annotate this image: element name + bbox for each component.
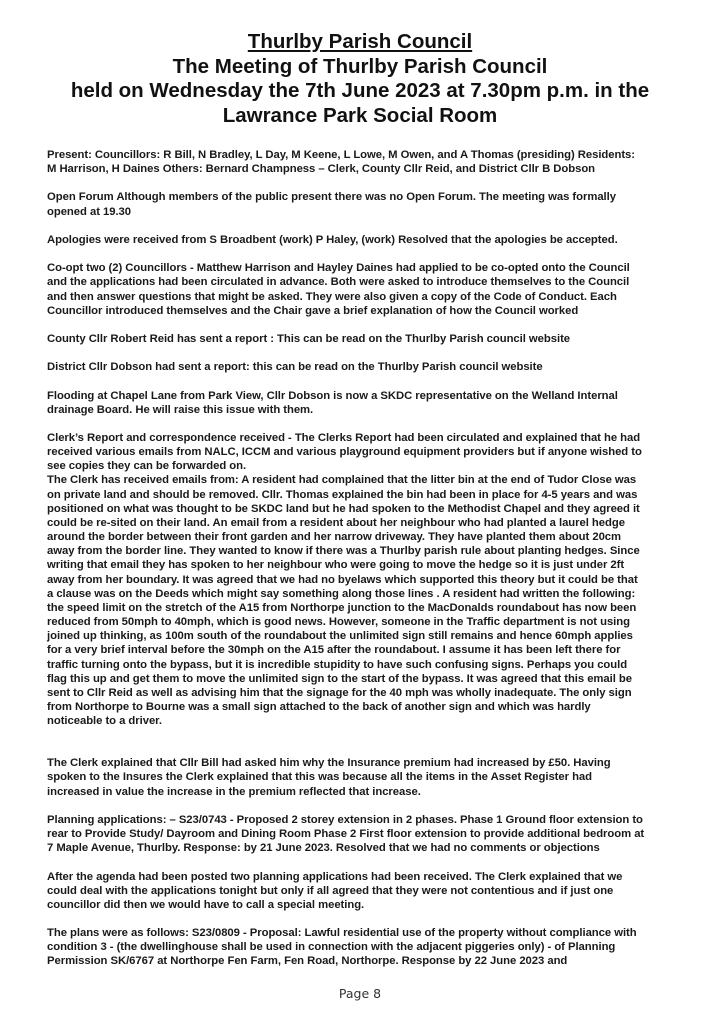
text-line: the speed limit on the stretch of the A1… bbox=[47, 601, 687, 615]
text-line: M Harrison, H Daines Others: Bernard Cha… bbox=[47, 162, 687, 176]
text-line: spoken to the Insures the Clerk explaine… bbox=[47, 770, 687, 784]
text-line: Co-opt two (2) Councillors - Matthew Har… bbox=[47, 261, 687, 275]
text-line: joined up thinking, as 100m south of the… bbox=[47, 629, 687, 643]
text-line: The plans were as follows: S23/0809 - Pr… bbox=[47, 926, 687, 940]
after-agenda-paragraph: After the agenda had been posted two pla… bbox=[47, 870, 687, 912]
meeting-title: The Meeting of Thurlby Parish Council bbox=[30, 55, 690, 80]
text-line: traffic turning onto the bypass, but it … bbox=[47, 658, 687, 672]
organisation-title: Thurlby Parish Council bbox=[30, 30, 690, 55]
text-line: positioned on what was thought to be SKD… bbox=[47, 502, 687, 516]
text-line: a clause was on the Deeds which might sa… bbox=[47, 587, 687, 601]
text-line: drainage Board. He will raise this issue… bbox=[47, 403, 687, 417]
text-line: for a very brief interval before the 30m… bbox=[47, 643, 687, 657]
text-line: Flooding at Chapel Lane from Park View, … bbox=[47, 389, 687, 403]
text-line: and the applications had been circulated… bbox=[47, 275, 687, 289]
text-line: Planning applications: – S23/0743 - Prop… bbox=[47, 813, 687, 827]
text-line: After the agenda had been posted two pla… bbox=[47, 870, 687, 884]
text-line: Permission SK/6767 at Northorpe Fen Farm… bbox=[47, 954, 687, 968]
insurance-paragraph: The Clerk explained that Cllr Bill had a… bbox=[47, 756, 687, 798]
county-report-paragraph: County Cllr Robert Reid has sent a repor… bbox=[47, 332, 687, 346]
planning-applications-paragraph: Planning applications: – S23/0743 - Prop… bbox=[47, 813, 687, 855]
text-line: on private land and should be removed. C… bbox=[47, 488, 687, 502]
text-line: Councillor introduced themselves and the… bbox=[47, 304, 687, 318]
text-line: around the border between their front ga… bbox=[47, 530, 687, 544]
apologies-paragraph: Apologies were received from S Broadbent… bbox=[47, 233, 687, 247]
page-number: Page 8 bbox=[0, 986, 720, 1001]
text-line: The Clerk explained that Cllr Bill had a… bbox=[47, 756, 687, 770]
open-forum-paragraph: Open Forum Although members of the publi… bbox=[47, 190, 687, 218]
document-page: Thurlby Parish Council The Meeting of Th… bbox=[0, 0, 720, 1024]
text-line: noticeable to a driver. bbox=[47, 714, 687, 728]
text-line: Present: Councillors: R Bill, N Bradley,… bbox=[47, 148, 687, 162]
text-line: condition 3 - (the dwellinghouse shall b… bbox=[47, 940, 687, 954]
text-line: Open Forum Although members of the publi… bbox=[47, 190, 687, 204]
text-line: Clerk’s Report and correspondence receiv… bbox=[47, 431, 687, 445]
text-line: councillor did then we would have to cal… bbox=[47, 898, 687, 912]
text-line: away from her boundary. It was agreed th… bbox=[47, 573, 687, 587]
text-line: see copies they can be forwarded on. bbox=[47, 459, 687, 473]
district-report-paragraph: District Cllr Dobson had sent a report: … bbox=[47, 360, 687, 374]
flooding-paragraph: Flooding at Chapel Lane from Park View, … bbox=[47, 389, 687, 417]
text-line: and then answer questions that might be … bbox=[47, 290, 687, 304]
plans-paragraph: The plans were as follows: S23/0809 - Pr… bbox=[47, 926, 687, 968]
text-line: The Clerk has received emails from: A re… bbox=[47, 473, 687, 487]
meeting-venue-line: Lawrance Park Social Room bbox=[30, 104, 690, 129]
text-line: 7 Maple Avenue, Thurlby. Response: by 21… bbox=[47, 841, 687, 855]
text-line: from Northorpe to Bourne was a small sig… bbox=[47, 700, 687, 714]
text-line: sent to Cllr Reid as well as advising hi… bbox=[47, 686, 687, 700]
text-line: County Cllr Robert Reid has sent a repor… bbox=[47, 332, 687, 346]
present-paragraph: Present: Councillors: R Bill, N Bradley,… bbox=[47, 148, 687, 176]
text-line: reduced from 50mph to 40mph, which is go… bbox=[47, 615, 687, 629]
text-line: District Cllr Dobson had sent a report: … bbox=[47, 360, 687, 374]
document-header: Thurlby Parish Council The Meeting of Th… bbox=[30, 30, 690, 128]
minutes-body: Present: Councillors: R Bill, N Bradley,… bbox=[47, 148, 687, 969]
text-line: away from the border line. They wanted t… bbox=[47, 544, 687, 558]
text-line: could be re-sited on their land. An emai… bbox=[47, 516, 687, 530]
text-line: flag this up and get them to move the un… bbox=[47, 672, 687, 686]
text-line: received various emails from NALC, ICCM … bbox=[47, 445, 687, 459]
meeting-date-line: held on Wednesday the 7th June 2023 at 7… bbox=[30, 79, 690, 104]
text-line: writing that email they has spoken to he… bbox=[47, 558, 687, 572]
co-opt-paragraph: Co-opt two (2) Councillors - Matthew Har… bbox=[47, 261, 687, 318]
text-line: opened at 19.30 bbox=[47, 205, 687, 219]
clerks-report-paragraph: Clerk’s Report and correspondence receiv… bbox=[47, 431, 687, 728]
text-line: could deal with the applications tonight… bbox=[47, 884, 687, 898]
text-line: rear to Provide Study/ Dayroom and Dinin… bbox=[47, 827, 687, 841]
text-line: Apologies were received from S Broadbent… bbox=[47, 233, 687, 247]
text-line: increased in value the increase in the p… bbox=[47, 785, 687, 799]
